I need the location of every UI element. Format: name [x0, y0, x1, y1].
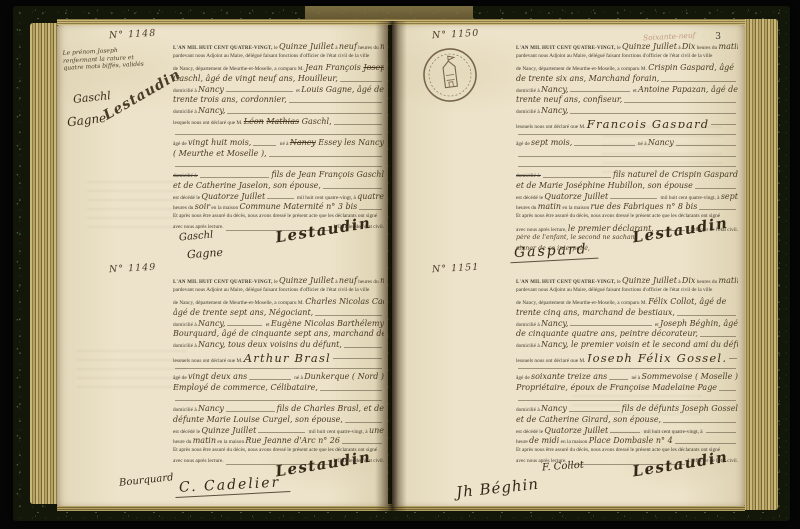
- ruled-fill-line: [570, 325, 651, 326]
- record-body: L'an mil huit cent quatre-vingt, le Quin…: [173, 276, 384, 468]
- handwritten-text: Crispin Gaspard, âgé: [648, 63, 734, 72]
- handwritten-text: fils de défunts Joseph Gossel: [622, 404, 738, 413]
- record-line: Employé de commerce, Célibataire,: [173, 383, 384, 394]
- printed-text: mil huit cent quatre-vingt, à: [659, 195, 721, 201]
- printed-text: pardevant nous Adjoint au Maire, délégué…: [173, 53, 369, 59]
- printed-text: est décédé le: [516, 195, 544, 201]
- register-page-left: N° 1148 Le prénom Joseph renfermant la r…: [57, 25, 388, 506]
- record-line: pardevant nous Adjoint au Maire, délégué…: [173, 53, 384, 64]
- handwritten-text: Quatorze Juillet: [201, 192, 265, 201]
- handwritten-text: Joseph: [363, 63, 384, 72]
- printed-text: L'an mil huit cent quatre-vingt,: [173, 280, 273, 285]
- record-line: est décédé le Quinze Juillet mil huit ce…: [173, 426, 384, 437]
- ruled-fill-line: [574, 145, 634, 146]
- printed-text: domicilié à: [173, 173, 198, 179]
- printed-text: domicilié à: [516, 173, 541, 179]
- ruled-fill-line: [518, 400, 736, 401]
- signature: Bourquard: [119, 472, 174, 489]
- register-page-right: Soixante-neuf 3 N° 1150 L'an mil huit ce…: [392, 25, 745, 506]
- page-edges-right: [744, 19, 778, 510]
- handwritten-text: Bourquard, âgé de cinquante sept ans, ma…: [173, 329, 384, 338]
- handwritten-text: Propriétaire, époux de Françoise Madelai…: [516, 383, 717, 392]
- record-line: et de Catherine Jaselon, son épouse,: [173, 181, 384, 192]
- handwritten-text: trente neuf ans, confiseur,: [516, 95, 622, 104]
- handwritten-text: matin: [719, 42, 739, 51]
- signature: C. Cadelier: [175, 474, 291, 498]
- record-line: [173, 160, 384, 171]
- printed-text: lesquels nous ont déclaré que M.: [173, 120, 244, 126]
- printed-text: domicilié à: [516, 322, 541, 328]
- record-line: de Nancy, département de Meurthe-et-Mose…: [516, 63, 738, 74]
- handwritten-text: Nancy: [198, 404, 224, 413]
- printed-text: pardevant nous Adjoint au Maire, délégué…: [516, 53, 712, 59]
- record-line: de Nancy, département de Meurthe-et-Mose…: [173, 63, 384, 74]
- handwritten-text: Nancy,: [541, 85, 568, 94]
- signature: Gaschl: [179, 230, 214, 244]
- handwritten-text: Nancy,: [541, 319, 568, 328]
- handwritten-text: Nancy,: [541, 106, 568, 115]
- handwritten-text: Charles Nicolas Cadelier: [305, 297, 384, 306]
- ruled-fill-line: [695, 188, 736, 189]
- printed-text: heures du: [695, 279, 718, 285]
- record-line: trente neuf ans, confiseur,: [516, 95, 738, 106]
- printed-text: domicilié à: [516, 407, 541, 413]
- record-line: pardevant nous Adjoint au Maire, délégué…: [173, 287, 384, 298]
- handwritten-text: François Gaspard: [587, 117, 710, 128]
- handwritten-text: matin: [193, 436, 216, 445]
- handwritten-text: Nancy,: [198, 319, 225, 328]
- ruled-fill-line: [227, 325, 262, 326]
- ruled-fill-line: [345, 422, 382, 423]
- printed-text: mil huit cent quatre-vingt, à: [307, 429, 369, 435]
- handwritten-text: Nancy: [290, 138, 316, 147]
- printed-text: est décédé le: [173, 195, 201, 201]
- margin-signatures: Gaschl Gagne Lestaudin: [57, 77, 167, 147]
- handwritten-text: Employé de commerce, Célibataire,: [173, 383, 318, 392]
- ruled-fill-line: [226, 91, 293, 92]
- ruled-fill-line: [315, 315, 382, 316]
- ruled-fill-line: [344, 347, 382, 348]
- printed-text: domicilié à: [173, 322, 198, 328]
- record-line: [516, 362, 738, 373]
- printed-text: L'an mil huit cent quatre-vingt,: [516, 46, 616, 51]
- ruled-fill-line: [543, 177, 611, 178]
- handwritten-text: matin: [719, 276, 739, 285]
- record-line: de Nancy, département de Meurthe-et-Mose…: [173, 297, 384, 308]
- record-line: trente cinq ans, marchand de bestiaux,: [516, 308, 738, 319]
- printed-text: Et après nous être assuré du décès, nous…: [516, 447, 720, 453]
- handwritten-text: Dix: [682, 276, 695, 285]
- record-line: [516, 128, 738, 139]
- record-line: domicilié à Nancy, et Eugène Nicolas Bar…: [173, 319, 384, 330]
- handwritten-text: Essey les Nancy: [316, 138, 384, 147]
- record-line: [516, 394, 738, 405]
- ruled-fill-line: [269, 156, 382, 157]
- record-line: domicilié à Nancyfils de Charles Brasl, …: [173, 404, 384, 415]
- ruled-fill-line: [175, 134, 382, 135]
- record-line: L'an mil huit cent quatre-vingt, le Quin…: [173, 276, 384, 287]
- ruled-fill-line: [258, 432, 305, 433]
- death-record-1149: N° 1149 L'an mil huit cent quatre-vingt,…: [57, 265, 386, 503]
- handwritten-text: sept mois,: [531, 138, 572, 147]
- handwritten-text: Jean François: [305, 63, 363, 72]
- record-line: lesquels nous ont déclaré que M. Françoi…: [516, 117, 738, 128]
- handwritten-text: Eugène Nicolas Barthélemy: [271, 319, 384, 328]
- record-line: lesquels nous ont déclaré que M. Arthur …: [173, 351, 384, 362]
- record-line: heure de midi en la maison Place Dombasl…: [516, 436, 738, 447]
- record-line: [173, 394, 384, 405]
- handwritten-text: âgé de trente sept ans, Négociant,: [173, 308, 313, 317]
- ruled-fill-line: [342, 443, 382, 444]
- record-line: domicilié à Nancyfils de défunts Joseph …: [516, 404, 738, 415]
- handwritten-text: Sommevoise ( Moselle ): [641, 372, 738, 381]
- printed-text: en la maison: [216, 439, 245, 445]
- record-line: pardevant nous Adjoint au Maire, délégué…: [516, 53, 738, 64]
- ruled-fill-line: [175, 400, 382, 401]
- ruled-fill-line: [675, 443, 736, 444]
- printed-text: heures du: [357, 279, 380, 285]
- ruled-fill-line: [729, 358, 737, 359]
- printed-text: domicilié à: [173, 88, 198, 94]
- ruled-fill-line: [267, 198, 293, 199]
- ruled-fill-line: [624, 102, 736, 103]
- handwritten-text: Nancy: [198, 85, 224, 94]
- ruled-fill-line: [289, 102, 382, 103]
- handwritten-text: rue des Fabriques n° 8 bis: [590, 202, 697, 211]
- margin-signature: Gaschl: [72, 89, 111, 106]
- death-record-1151: N° 1151 L'an mil huit cent quatre-vingt,…: [392, 265, 743, 503]
- printed-text: L'an mil huit cent quatre-vingt,: [173, 46, 273, 51]
- printed-text: pardevant nous Adjoint au Maire, délégué…: [173, 287, 369, 293]
- ruled-fill-line: [334, 124, 382, 125]
- printed-text: lesquels nous ont déclaré que M.: [516, 358, 587, 362]
- record-line: de Nancy, département de Meurthe-et-Mose…: [516, 297, 738, 308]
- ruled-fill-line: [518, 156, 736, 157]
- record-line: [516, 160, 738, 171]
- record-line: domicilié à Nancy, tous deux voisins du …: [173, 340, 384, 351]
- handwritten-text: neuf: [339, 276, 357, 285]
- record-line: lesquels nous ont déclaré que M. Joseph …: [516, 351, 738, 362]
- printed-text: mil huit cent quatre-vingt, à: [296, 195, 358, 201]
- ruled-fill-line: [700, 336, 736, 337]
- handwritten-text: Quatorze Juillet: [544, 426, 608, 435]
- printed-text: est décédé le: [516, 429, 544, 435]
- handwritten-text: soir: [195, 202, 210, 211]
- signature: Gagne: [187, 246, 224, 261]
- handwritten-text: Gaschl,: [299, 117, 332, 126]
- record-line: âgé de sept mois, né à Nancy: [516, 138, 738, 149]
- handwritten-text: Arthur Brasl: [244, 351, 331, 362]
- handwritten-text: Nancy,: [198, 106, 225, 115]
- record-line: âgé de trente sept ans, Négociant,: [173, 308, 384, 319]
- printed-text: en la maison: [561, 205, 590, 211]
- handwritten-text: matin: [380, 42, 384, 51]
- printed-text: né à: [637, 141, 648, 147]
- printed-text: né à: [278, 141, 289, 147]
- record-number: N° 1148: [109, 28, 157, 41]
- ruled-fill-line: [320, 390, 382, 391]
- printed-text: heure du: [173, 439, 193, 445]
- margin-signature: Lestaudin: [101, 66, 184, 123]
- printed-text: de Nancy, département de Meurthe-et-Mose…: [516, 300, 648, 306]
- handwritten-text: de cinquante quatre ans, peintre décorat…: [516, 329, 698, 338]
- ruled-fill-line: [663, 422, 736, 423]
- printed-text: Et après nous être assuré du décès, nous…: [516, 213, 720, 219]
- record-number: N° 1151: [432, 262, 480, 275]
- handwritten-text: trente cinq ans, marchand de bestiaux,: [516, 308, 675, 317]
- record-line: heures du soir en la maison Commune Mate…: [173, 202, 384, 213]
- record-line: Propriétaire, époux de Françoise Madelai…: [516, 383, 738, 394]
- record-line: domicilié à Nancy,: [173, 106, 384, 117]
- printed-text: lesquels nous ont déclaré que M.: [173, 358, 244, 362]
- municipal-stamp-icon: [417, 42, 484, 109]
- ruled-fill-line: [711, 124, 736, 125]
- record-line: heures du matin en la maison rue des Fab…: [516, 202, 738, 213]
- record-line: est décédé le Quatorze Juillet mil huit …: [516, 192, 738, 203]
- record-line: de trente six ans, Marchand forain,: [516, 74, 738, 85]
- record-line: de cinquante quatre ans, peintre décorat…: [516, 329, 738, 340]
- record-line: pardevant nous Adjoint au Maire, délégué…: [516, 287, 738, 298]
- record-line: L'an mil huit cent quatre-vingt, le Quin…: [173, 42, 384, 53]
- record-line: Bourquard, âgé de cinquante sept ans, ma…: [173, 329, 384, 340]
- signature: F. Collot: [542, 460, 585, 474]
- record-line: domicilié à Nancy, et Joseph Béghin, âgé: [516, 319, 738, 330]
- handwritten-text: Mathias: [266, 117, 299, 126]
- handwritten-text: Rue Jeanne d'Arc n° 26: [245, 436, 340, 445]
- record-line: âgé de vingt huit mois, né à Nancy Essey…: [173, 138, 384, 149]
- handwritten-text: ( Meurthe et Moselle ),: [173, 149, 267, 158]
- handwritten-text: et de Catherine Jaselon, son épouse,: [173, 181, 321, 190]
- handwritten-text: Joseph Béghin, âgé: [660, 319, 738, 328]
- ruled-fill-line: [227, 113, 382, 114]
- handwritten-text: de trente six ans, Marchand forain,: [516, 74, 659, 83]
- handwritten-text: Quatorze Juillet: [544, 192, 608, 201]
- handwritten-text: Quinze Juillet: [622, 276, 677, 285]
- ruled-fill-line: [569, 411, 620, 412]
- record-line: L'an mil huit cent quatre-vingt, le Quin…: [516, 276, 738, 287]
- printed-text: domicilié à: [516, 109, 541, 115]
- handwritten-text: sept: [721, 192, 738, 201]
- death-record-1148: N° 1148 Le prénom Joseph renfermant la r…: [57, 31, 386, 269]
- handwritten-text: Quinze Juillet: [279, 42, 334, 51]
- handwritten-text: Félix Collot, âgé de: [648, 297, 726, 306]
- handwritten-text: et de Catherine Girard, son épouse,: [516, 415, 661, 424]
- ruled-fill-line: [677, 315, 736, 316]
- ruled-fill-line: [610, 432, 640, 433]
- record-line: est décédé le Quatorze Juillet mil huit …: [516, 426, 738, 437]
- printed-text: domicilié à: [516, 88, 541, 94]
- handwritten-text: fils naturel de Crispin Gaspard: [613, 170, 738, 179]
- record-number: N° 1150: [432, 28, 480, 41]
- handwritten-text: et de Marie Joséphine Hubillon, son épou…: [516, 181, 693, 190]
- record-line: domicilié à Nancy, le premier voisin et …: [516, 340, 738, 351]
- handwritten-text: Joseph Félix Gossel,: [587, 351, 727, 362]
- printed-text: âgé de: [173, 375, 188, 381]
- printed-text: né à: [630, 375, 641, 381]
- printed-text: de Nancy, département de Meurthe-et-Mose…: [173, 66, 305, 72]
- record-number: N° 1149: [109, 262, 157, 275]
- handwritten-text: soixante treize ans: [531, 372, 607, 381]
- folio-inscription: Soixante-neuf: [643, 31, 696, 43]
- printed-text: domicilié à: [173, 109, 198, 115]
- printed-text: pardevant nous Adjoint au Maire, délégué…: [516, 287, 712, 293]
- handwritten-text: Quinze Juillet: [279, 276, 334, 285]
- record-line: [173, 128, 384, 139]
- record-line: domicilié à fils naturel de Crispin Gasp…: [516, 170, 738, 181]
- folio-number: 3: [715, 32, 721, 42]
- handwritten-text: Léon: [244, 117, 264, 126]
- handwritten-text: Gaschl, âgé de vingt neuf ans, Houilleur…: [173, 74, 338, 83]
- handwritten-text: Antoine Papazan, âgé de: [638, 85, 738, 94]
- printed-text: né à: [293, 375, 304, 381]
- record-line: [516, 149, 738, 160]
- handwritten-text: Dunkerque ( Nord ): [304, 372, 384, 381]
- handwritten-text: matin: [538, 202, 561, 211]
- printed-text: en la maison: [559, 439, 588, 445]
- signature: Jh Béghin: [455, 475, 539, 502]
- handwritten-text: défunte Marie Louise Curgel, son épouse,: [173, 415, 343, 424]
- handwritten-text: une: [369, 426, 384, 435]
- printed-text: âgé de: [516, 375, 531, 381]
- handwritten-text: Place Dombasle n° 4: [589, 436, 673, 445]
- record-line: [173, 362, 384, 373]
- printed-text: lesquels nous ont déclaré que M.: [516, 124, 587, 128]
- handwritten-text: Nancy: [648, 138, 674, 147]
- printed-text: heures du: [695, 45, 718, 51]
- record-line: est décédé le Quatorze Juillet mil huit …: [173, 192, 384, 203]
- page-edges-left: [30, 23, 57, 504]
- ruled-fill-line: [719, 390, 736, 391]
- record-body: L'an mil huit cent quatre-vingt, le Quin…: [173, 42, 384, 234]
- handwritten-text: Louis Gagne, âgé de: [301, 85, 384, 94]
- ruled-fill-line: [706, 432, 736, 433]
- printed-text: heures du: [173, 205, 195, 211]
- handwritten-text: fils de Jean François Gaschl: [271, 170, 384, 179]
- printed-text: âgé de: [173, 141, 188, 147]
- record-line: ( Meurthe et Moselle ),: [173, 149, 384, 160]
- record-signatures: BourquardC. CadelierLestaudin: [57, 459, 386, 505]
- handwritten-text: matin: [380, 276, 384, 285]
- ruled-fill-line: [200, 177, 269, 178]
- handwritten-text: Nancy: [541, 404, 567, 413]
- ruled-fill-line: [175, 166, 382, 167]
- handwritten-text: trente trois ans, cordonnier,: [173, 95, 287, 104]
- ruled-fill-line: [570, 113, 736, 114]
- handwritten-text: Nancy, le premier voisin et le second am…: [541, 340, 738, 349]
- printed-text: domicilié à: [516, 343, 541, 349]
- death-record-1150: N° 1150 L'an mil huit cent quatre-vingt,…: [392, 31, 743, 269]
- ruled-fill-line: [249, 379, 291, 380]
- ruled-fill-line: [570, 91, 629, 92]
- record-line: lesquels nous ont déclaré que M. Léon Ma…: [173, 117, 384, 128]
- handwritten-text: neuf: [339, 42, 357, 51]
- handwritten-text: quatre: [357, 192, 384, 201]
- ruled-fill-line: [253, 145, 276, 146]
- printed-text: heures du: [516, 205, 538, 211]
- record-line: âgé de vingt deux ans né à Dunkerque ( N…: [173, 372, 384, 383]
- printed-text: en la maison: [210, 205, 239, 211]
- printed-text: domicilié à: [173, 343, 198, 349]
- ruled-fill-line: [175, 368, 382, 369]
- printed-text: heures du: [357, 45, 380, 51]
- handwritten-text: vingt deux ans: [188, 372, 247, 381]
- record-line: défunte Marie Louise Curgel, son épouse,: [173, 415, 384, 426]
- ruled-fill-line: [609, 379, 628, 380]
- printed-text: de Nancy, département de Meurthe-et-Mose…: [516, 66, 648, 72]
- book-cover: N° 1148 Le prénom Joseph renfermant la r…: [13, 6, 790, 521]
- margin-note: Le prénom Joseph renfermant la rature et…: [62, 44, 171, 72]
- printed-text: mil huit cent quatre-vingt, à: [642, 429, 704, 435]
- handwritten-text: de midi: [529, 436, 559, 445]
- record-line: domicilié à Nancy,: [516, 106, 738, 117]
- printed-text: âgé de: [516, 141, 531, 147]
- signature: Gaspard: [510, 241, 599, 264]
- record-body: L'an mil huit cent quatre-vingt, le Quin…: [516, 276, 738, 468]
- ruled-fill-line: [518, 368, 736, 369]
- handwritten-text: Nancy, tous deux voisins du défunt,: [198, 340, 342, 349]
- record-line: domicilié à Nancy et Louis Gagne, âgé de: [173, 85, 384, 96]
- record-line: trente trois ans, cordonnier,: [173, 95, 384, 106]
- record-signatures: F. CollotJh BéghinLestaudin: [392, 459, 743, 505]
- printed-text: heure: [516, 439, 529, 445]
- record-line: domicilié à fils de Jean François Gaschl: [173, 170, 384, 181]
- folio-corner: Soixante-neuf 3: [643, 26, 721, 44]
- handwritten-text: Commune Maternité n° 3 bis: [240, 202, 358, 211]
- ruled-fill-line: [518, 134, 736, 135]
- printed-text: de Nancy, département de Meurthe-et-Mose…: [173, 300, 305, 306]
- ruled-fill-line: [699, 209, 736, 210]
- record-line: domicilié à Nancy, et Antoine Papazan, â…: [516, 85, 738, 96]
- ruled-fill-line: [661, 81, 736, 82]
- handwritten-text: Quinze Juillet: [201, 426, 256, 435]
- record-line: et de Catherine Girard, son épouse,: [516, 415, 738, 426]
- ruled-fill-line: [359, 209, 382, 210]
- handwritten-text: vingt huit mois,: [188, 138, 251, 147]
- printed-text: domicilié à: [173, 407, 198, 413]
- ruled-fill-line: [676, 145, 736, 146]
- ruled-fill-line: [226, 411, 275, 412]
- printed-text: L'an mil huit cent quatre-vingt,: [516, 280, 616, 285]
- ruled-fill-line: [323, 188, 382, 189]
- record-line: Gaschl, âgé de vingt neuf ans, Houilleur…: [173, 74, 384, 85]
- margin-signature: Gagne: [66, 111, 107, 130]
- printed-text: est décédé le: [173, 429, 201, 435]
- ruled-fill-line: [340, 81, 382, 82]
- record-line: âgé de soixante treize ans né à Sommevoi…: [516, 372, 738, 383]
- record-line: et de Marie Joséphine Hubillon, son épou…: [516, 181, 738, 192]
- ruled-fill-line: [610, 198, 657, 199]
- ruled-fill-line: [518, 166, 736, 167]
- ruled-fill-line: [333, 358, 382, 359]
- record-line: heure du matin en la maison Rue Jeanne d…: [173, 436, 384, 447]
- handwritten-text: fils de Charles Brasl, et de: [277, 404, 384, 413]
